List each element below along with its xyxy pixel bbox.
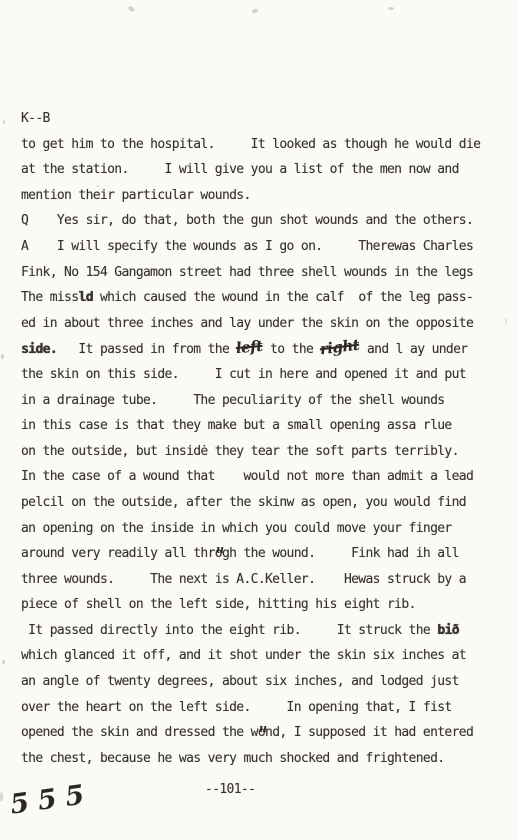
handwritten-insert-u: u [259,716,267,742]
typed-line: Fink, No 154 Gangamon street had three s… [21,260,507,286]
typed-line: on the outside, but insidė they tear the… [21,439,507,465]
handwritten-page-number: 555 [8,778,95,820]
typed-line: piece of shell on the left side, hitting… [21,592,507,618]
document-page: K--B to get him to the hospital. It look… [0,0,517,840]
paper-smudge [251,8,258,14]
overstruck-text: ld [78,290,92,305]
paper-smudge [388,7,394,10]
typed-line: It passed directly into the eight rib. I… [21,618,507,644]
handwritten-word-left-struck: left [235,334,264,362]
typed-line: pelcil on the outside, after the skinw a… [21,490,507,516]
typed-text-block: K--B to get him to the hospital. It look… [21,106,507,771]
page-number: --101-- [205,782,255,797]
typed-line-question: Q Yes sir, do that, both the gun shot wo… [21,208,507,234]
typed-line: mention their particular wounds. [21,183,507,209]
handwritten-word-right-struck: right [319,333,361,363]
typed-line: to get him to the hospital. It looked as… [21,132,507,158]
typed-line: which glanced it off, and it shot under … [21,643,507,669]
typed-line: In the case of a wound that would not mo… [21,464,507,490]
paper-smudge [0,792,3,802]
paper-smudge [3,120,5,124]
page-header-code: K--B [21,106,507,132]
typed-line: at the station. I will give you a list o… [21,157,507,183]
typed-line: in a drainage tube. The peculiarity of t… [21,388,507,414]
handwritten-insert-u: u [216,537,224,563]
typed-line: opened the skin and dressed the wound, I… [21,720,507,746]
paper-smudge [2,660,5,664]
typed-line: an opening on the inside in which you co… [21,516,507,542]
typed-line: The missld which caused the wound in the… [21,285,507,311]
typed-line: the skin on this side. I cut in here and… [21,362,507,388]
typed-line: around very readily all through the woun… [21,541,507,567]
typed-line: side. It passed in from the left to the … [21,336,507,362]
typed-line: an angle of twenty degrees, about six in… [21,669,507,695]
paper-smudge [1,354,4,359]
typed-line: the chest, because he was very much shoc… [21,746,507,772]
typed-line: three wounds. The next is A.C.Keller. He… [21,567,507,593]
typed-line-answer: A I will specify the wounds as I go on. … [21,234,507,260]
overstruck-text: bið [437,623,459,638]
paper-smudge [127,6,135,13]
typed-line: ed in about three inches and lay under t… [21,311,507,337]
overstruck-text: side. [21,342,57,357]
typed-line: in this case is that they make but a sma… [21,413,507,439]
